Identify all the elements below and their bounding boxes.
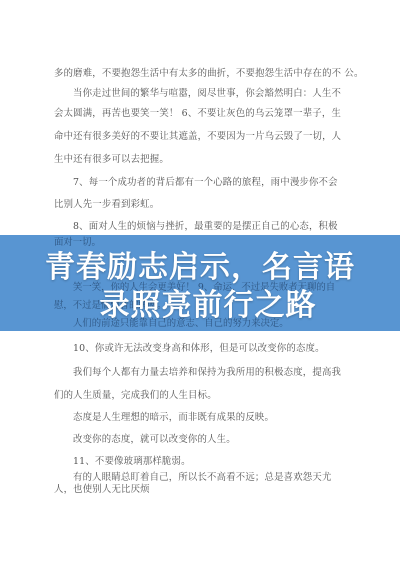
text-line: 会太圆满，再苦也要笑一笑！ 6、不要让灰色的乌云笼罩一辈子，生 [54, 108, 341, 120]
text-line: 比别人先一步看到彩虹。 [54, 199, 159, 211]
text-line: 们的人生质量，完成我们的人生目标。 [54, 390, 217, 402]
document-page: 多的磨难，不要抱怨生活中有太多的曲折，不要抱怨生活中存在的不 公。 当你走过世间… [0, 0, 400, 566]
text-line: 态度是人生理想的暗示，而非既有成果的反映。 [73, 412, 274, 424]
banner-title-line-1: 青春励志启示，名言语 [0, 250, 400, 286]
text-line: 7、每一个成功者的背后都有一个心路的旅程，雨中漫步你不会 [73, 177, 338, 189]
text-line: 11、不要像玻璃那样脆弱。 [73, 456, 191, 468]
text-line: 我们每个人都有力量去培养和保持为我所用的积极态度，提高我 [73, 367, 341, 379]
covered-text-line: 面对一切。 [54, 237, 101, 249]
text-line: 命中还有很多美好的不要让其遮盖，不要因为一片乌云毁了一切，人 [54, 131, 341, 143]
text-line: 8、面对人生的烦恼与挫折，最重要的是摆正自己的心态，积极 [73, 221, 338, 233]
text-line: 当你走过世间的繁华与喧嚣，阅尽世事，你会豁然明白：人生不 [73, 88, 341, 100]
text-line: 改变你的态度，就可以改变你的人生。 [73, 434, 236, 446]
text-line: 有的人眼睛总盯着自己，所以长不高看不远；总是喜欢怨天尤 [73, 472, 332, 484]
text-line: 生中还有很多可以去把握。 [54, 154, 169, 166]
text-line: 10、你或许无法改变身高和体形，但是可以改变你的态度。 [73, 343, 325, 355]
banner-title-line-2: 录照亮前行之路 [8, 288, 400, 324]
text-line: 多的磨难，不要抱怨生活中有太多的曲折，不要抱怨生活中存在的不 公。 [54, 68, 364, 80]
text-line: 人，也使别人无比厌烦 [54, 484, 150, 496]
